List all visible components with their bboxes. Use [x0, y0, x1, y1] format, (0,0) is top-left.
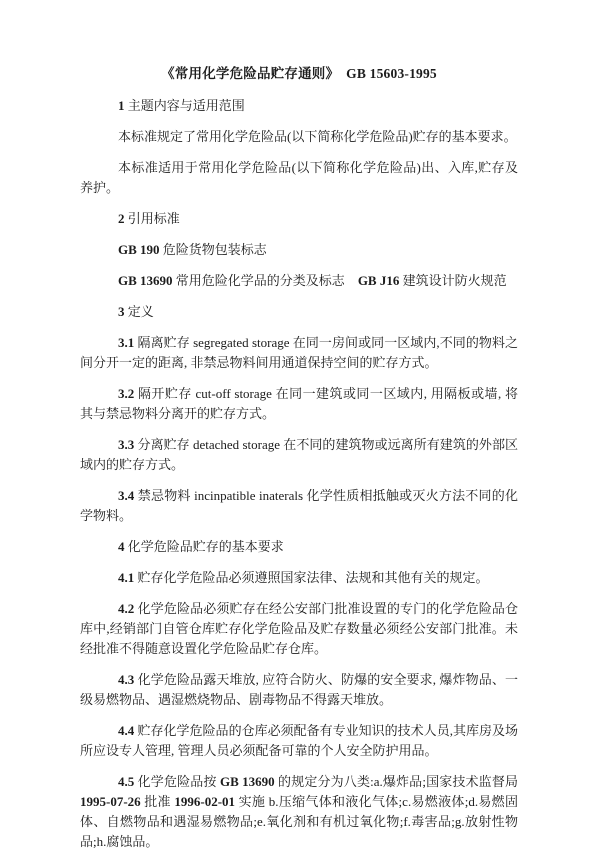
bold-text: GB 13690 [220, 774, 275, 789]
section-heading: 2 引用标准 [80, 209, 518, 229]
document-body: 1 主题内容与适用范围本标准规定了常用化学危险品(以下简称化学危险品)贮存的基本… [80, 96, 518, 850]
text: 隔开贮存 cut-off storage 在同一建筑或同一区域内, 用隔板或墙,… [80, 386, 518, 421]
paragraph: 3.1 隔离贮存 segregated storage 在同一房间或同一区域内,… [80, 333, 518, 373]
bold-text: 4.4 [118, 723, 134, 738]
text: 本标准规定了常用化学危险品(以下简称化学危险品)贮存的基本要求。 [118, 129, 517, 144]
document-title: 《常用化学危险品贮存通则》 GB 15603-1995 [80, 64, 518, 84]
text: 本标准适用于常用化学危险品(以下简称化学危险品)出、入库,贮存及养护。 [80, 160, 518, 195]
text: 常用危险化学品的分类及标志 [173, 273, 358, 288]
paragraph: 4.2 化学危险品必须贮存在经公安部门批准设置的专门的化学危险品仓库中,经销部门… [80, 599, 518, 659]
text: 化学危险品露天堆放, 应符合防火、防爆的安全要求, 爆炸物品、一级易燃物品、遇湿… [80, 672, 518, 707]
text: 隔离贮存 segregated storage 在同一房间或同一区域内,不同的物… [80, 335, 518, 370]
bold-text: 3.2 [118, 386, 134, 401]
paragraph: 3.2 隔开贮存 cut-off storage 在同一建筑或同一区域内, 用隔… [80, 384, 518, 424]
paragraph: 本标准适用于常用化学危险品(以下简称化学危险品)出、入库,贮存及养护。 [80, 158, 518, 198]
text: 贮存化学危险品必须遵照国家法律、法规和其他有关的规定。 [134, 570, 488, 585]
section-heading: 1 主题内容与适用范围 [80, 96, 518, 116]
text: 化学危险品必须贮存在经公安部门批准设置的专门的化学危险品仓库中,经销部门自管仓库… [80, 601, 518, 656]
text: 的规定分为八类:a.爆炸品;国家技术监督局 [275, 774, 518, 789]
text: 贮存化学危险品的仓库必须配备有专业知识的技术人员,其库房及场所应设专人管理, 管… [80, 723, 518, 758]
paragraph: 本标准规定了常用化学危险品(以下简称化学危险品)贮存的基本要求。 [80, 127, 518, 147]
bold-text: GB 13690 [118, 273, 173, 288]
text: 定义 [125, 304, 154, 319]
paragraph: 4.1 贮存化学危险品必须遵照国家法律、法规和其他有关的规定。 [80, 568, 518, 588]
document-page: 《常用化学危险品贮存通则》 GB 15603-1995 1 主题内容与适用范围本… [0, 0, 600, 850]
paragraph: 3.3 分离贮存 detached storage 在不同的建筑物或远离所有建筑… [80, 435, 518, 475]
paragraph: 4.3 化学危险品露天堆放, 应符合防火、防爆的安全要求, 爆炸物品、一级易燃物… [80, 670, 518, 710]
document-content: 《常用化学危险品贮存通则》 GB 15603-1995 1 主题内容与适用范围本… [80, 64, 518, 850]
text: 禁忌物料 incinpatible inaterals 化学性质相抵触或灭火方法… [80, 488, 518, 523]
text: 化学危险品按 [134, 774, 220, 789]
text: 危险货物包装标志 [160, 242, 267, 257]
bold-text: 1996-02-01 [174, 794, 235, 809]
text: 化学危险品贮存的基本要求 [125, 539, 284, 554]
bold-text: 1995-07-26 [80, 794, 141, 809]
paragraph: 4.5 化学危险品按 GB 13690 的规定分为八类:a.爆炸品;国家技术监督… [80, 772, 518, 850]
bold-text: 3.1 [118, 335, 134, 350]
paragraph: GB 13690 常用危险化学品的分类及标志 GB J16 建筑设计防火规范 [80, 271, 518, 291]
paragraph: GB 190 危险货物包装标志 [80, 240, 518, 260]
bold-text: 4.2 [118, 601, 134, 616]
bold-text: 3.3 [118, 437, 134, 452]
text: 主题内容与适用范围 [125, 98, 245, 113]
text: 分离贮存 detached storage 在不同的建筑物或远离所有建筑的外部区… [80, 437, 518, 472]
bold-text: 4.1 [118, 570, 134, 585]
section-heading: 4 化学危险品贮存的基本要求 [80, 537, 518, 557]
bold-text: 4.5 [118, 774, 134, 789]
bold-text: 3.4 [118, 488, 134, 503]
paragraph: 3.4 禁忌物料 incinpatible inaterals 化学性质相抵触或… [80, 486, 518, 526]
paragraph: 4.4 贮存化学危险品的仓库必须配备有专业知识的技术人员,其库房及场所应设专人管… [80, 721, 518, 761]
bold-text: 4.3 [118, 672, 134, 687]
text: 建筑设计防火规范 [399, 273, 506, 288]
bold-text: GB 190 [118, 242, 160, 257]
text: 引用标准 [125, 211, 180, 226]
text: 批准 [141, 794, 175, 809]
bold-text: GB J16 [358, 273, 400, 288]
section-heading: 3 定义 [80, 302, 518, 322]
